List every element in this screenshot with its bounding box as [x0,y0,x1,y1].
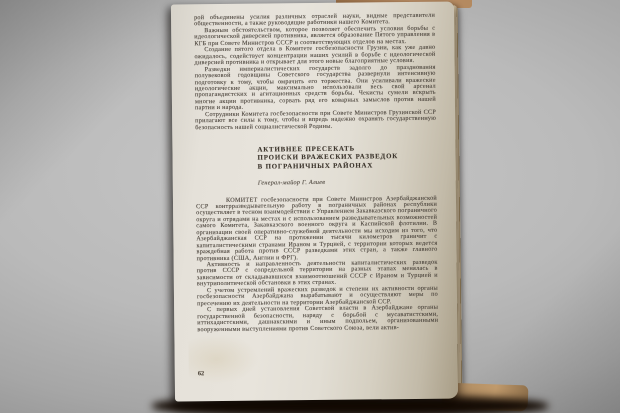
article-byline: Генерал-майор Г. Алиев [258,179,437,187]
page-text: рой объединены усилия различных отраслей… [194,13,438,334]
article-body: КОМИТЕТ госбезопасности при Совете Минис… [196,195,438,333]
paragraph: КОМИТЕТ госбезопасности при Совете Минис… [196,195,438,262]
paragraph: С первых дней установления Советской вла… [197,305,438,333]
article-title-line: В ПОГРАНИЧНЫХ РАЙОНАХ [258,161,437,171]
paragraph: Сотрудники Комитета госбезопасности при … [195,110,436,132]
book-page: рой объединены усилия различных отраслей… [171,2,458,402]
article-title: АКТИВНЕЕ ПРЕСЕКАТЬ ПРОИСКИ ВРАЖЕСКИХ РАЗ… [257,145,436,172]
page-number: 62 [198,370,204,377]
paragraph: Активность и направленность деятельности… [197,260,438,288]
book-photo: рой объединены усилия различных отраслей… [0,0,620,413]
paragraph: Разведки империалистических государств з… [195,64,436,112]
